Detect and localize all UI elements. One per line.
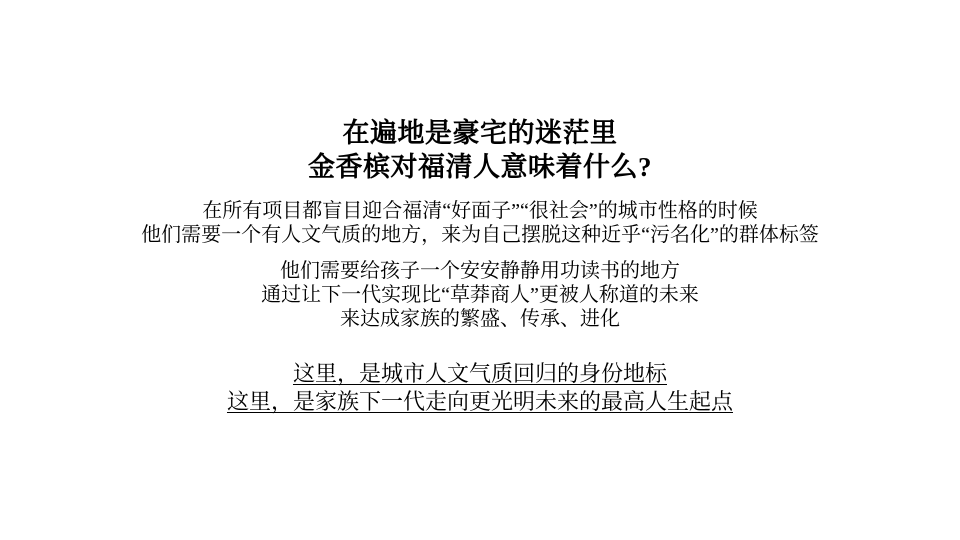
paragraph-city-character: 在所有项目都盲目迎合福清“好面子”“很社会”的城市性格的时候 他们需要一个有人文…	[0, 199, 960, 247]
paragraph-city-line-2: 他们需要一个有人文气质的地方，来为自己摆脱这种近乎“污名化”的群体标签	[0, 223, 960, 247]
paragraph-family-line-1: 他们需要给孩子一个安安静静用功读书的地方	[0, 259, 960, 283]
emphasis-line-1: 这里，是城市人文气质回归的身份地标	[0, 360, 960, 388]
slide-title: 在遍地是豪宅的迷茫里 金香槟对福清人意味着什么?	[0, 116, 960, 184]
paragraph-city-line-1: 在所有项目都盲目迎合福清“好面子”“很社会”的城市性格的时候	[0, 199, 960, 223]
title-line-1: 在遍地是豪宅的迷茫里	[0, 116, 960, 150]
paragraph-family-line-2: 通过让下一代实现比“草莽商人”更被人称道的未来	[0, 283, 960, 307]
emphasis-statements: 这里，是城市人文气质回归的身份地标 这里，是家族下一代走向更光明未来的最高人生起…	[0, 360, 960, 416]
slide-canvas: 在遍地是豪宅的迷茫里 金香槟对福清人意味着什么? 在所有项目都盲目迎合福清“好面…	[0, 0, 960, 540]
emphasis-line-2: 这里，是家族下一代走向更光明未来的最高人生起点	[0, 388, 960, 416]
title-line-2: 金香槟对福清人意味着什么?	[0, 150, 960, 184]
paragraph-family-line-3: 来达成家族的繁盛、传承、进化	[0, 307, 960, 331]
paragraph-family-future: 他们需要给孩子一个安安静静用功读书的地方 通过让下一代实现比“草莽商人”更被人称…	[0, 259, 960, 331]
